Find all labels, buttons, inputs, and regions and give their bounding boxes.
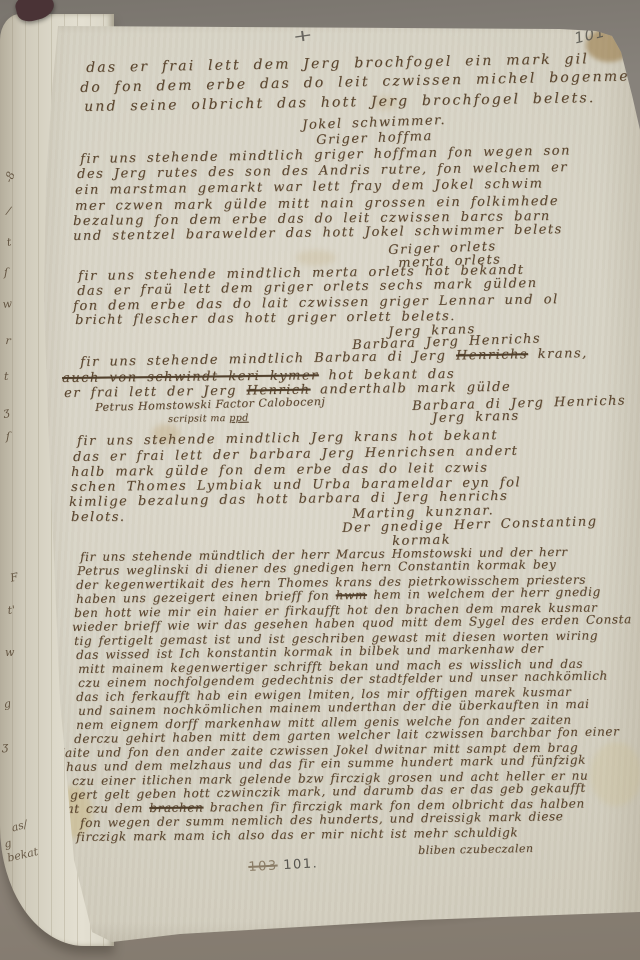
edge-ink-bleed-mark: ſ (4, 266, 8, 279)
edge-ink-bleed-mark: t (4, 370, 8, 383)
edge-ink-bleed-mark: t' (7, 603, 16, 617)
paper-stain (590, 742, 640, 806)
handwritten-text: bliben czubeczalen (418, 842, 534, 857)
handwriting-line: belots. (71, 510, 126, 525)
handwritten-text: anderthalb mark gülde (310, 380, 511, 398)
edge-ink-bleed-mark: ſ (6, 430, 10, 443)
struck-text: brachen (149, 800, 203, 815)
struck-text: hwm (336, 588, 367, 602)
handwritten-text: belots. (71, 510, 126, 525)
handwriting-line: bliben czubeczalen (418, 842, 534, 857)
handwritten-text: ppd (229, 413, 249, 424)
edge-ink-bleed-mark: w (5, 646, 14, 659)
handwritten-text: scripsit ma (168, 413, 229, 425)
struck-text: Henrichs (456, 347, 528, 363)
handwritten-text: 101. (277, 856, 318, 873)
manuscript-page: + 101 das er frai lett dem Jerg brochfog… (0, 0, 640, 960)
photo-of-manuscript: -8/tſwrtʒſFt'wgʒas/gbekat + 101 das er f… (0, 0, 640, 960)
struck-text: 103 (248, 858, 278, 875)
handwriting-line: scripsit ma ppd (168, 413, 249, 425)
edge-ink-bleed-mark: w (2, 297, 13, 311)
registration-cross-mark: + (291, 25, 314, 47)
edge-ink-bleed-mark: r (5, 334, 11, 347)
handwritten-text: krans, (528, 346, 588, 362)
handwritten-text: hat czu dem (58, 801, 149, 816)
edge-ink-bleed-mark: ʒ (2, 740, 8, 753)
paper-stain (296, 250, 336, 266)
handwriting-line: Jerg krans (432, 409, 520, 426)
handwritten-text: Jerg krans (432, 409, 520, 426)
